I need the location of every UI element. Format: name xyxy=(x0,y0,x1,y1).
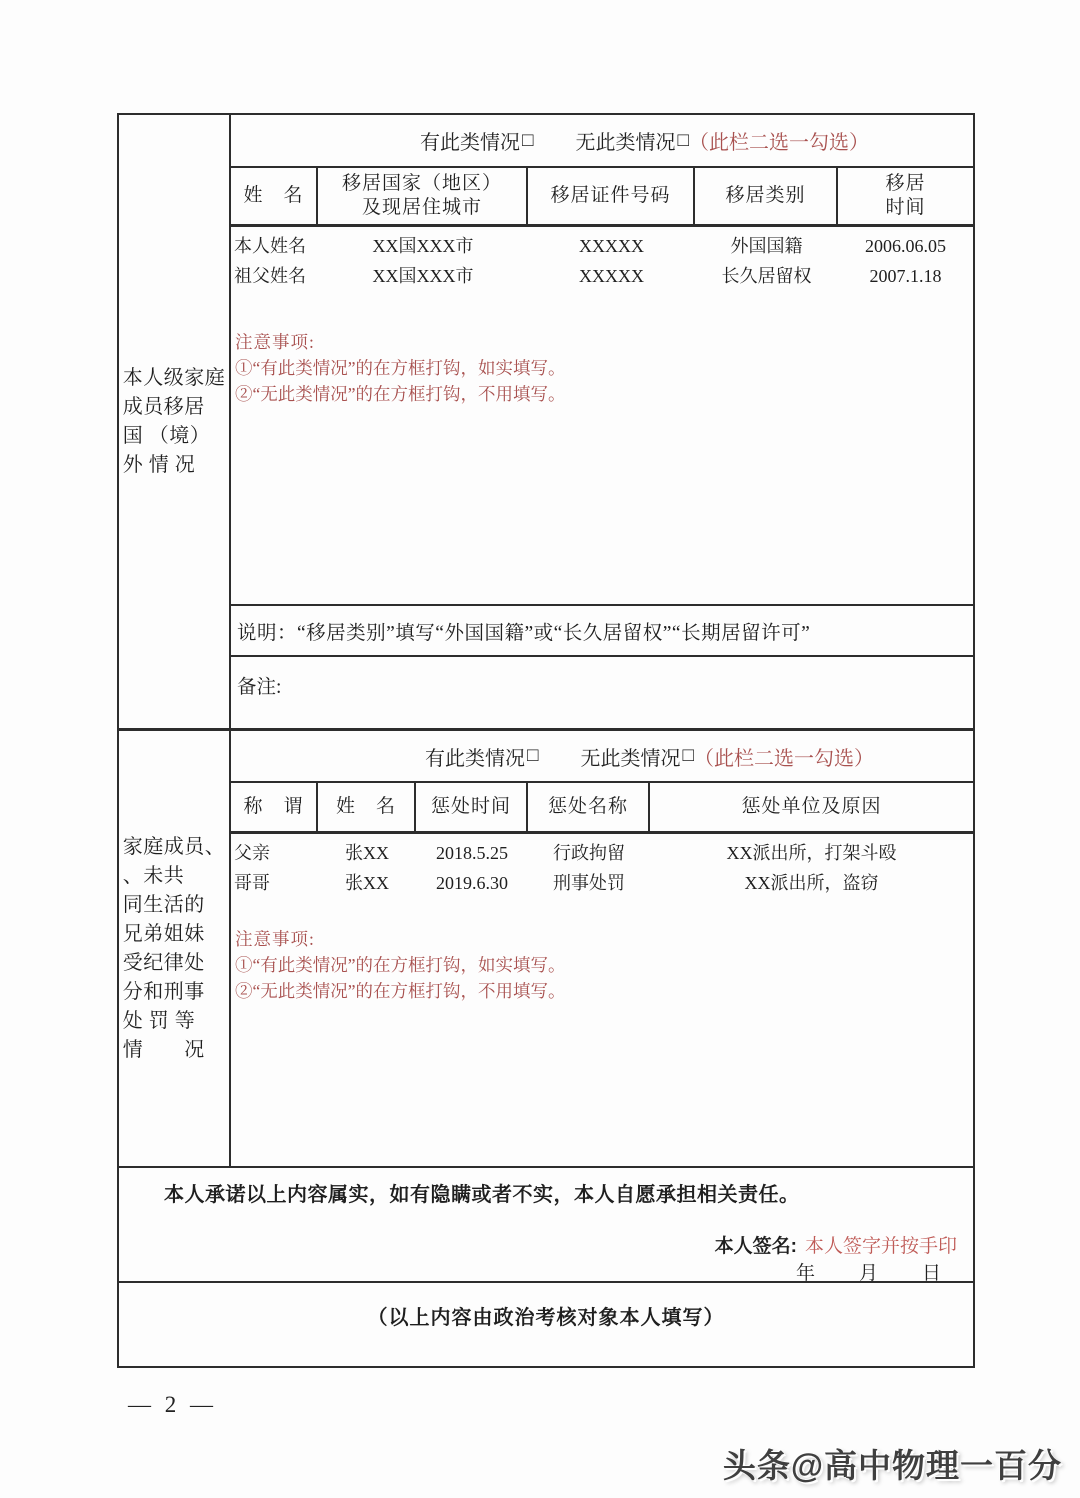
signature-hint[interactable]: 本人签字并按手印 xyxy=(797,1236,957,1257)
cell-type: 长久居留权 xyxy=(695,261,838,291)
explanation-text: 说明：“移居类别”填写“外国国籍”或“长久居留权”“长期居留许可” xyxy=(237,617,810,645)
punishment-table-header: 称 谓 姓 名 惩处时间 惩处名称 惩处单位及原因 xyxy=(231,783,973,834)
cell-type: 外国国籍 xyxy=(695,231,838,261)
section-punishment-side-cell: 家庭成员、 、未共 同生活的 兄弟姐妹 受纪律处 分和刑事 处 罚 等 情 况 xyxy=(119,731,231,1166)
emigration-table-header: 姓 名 移居国家（地区） 及现居住城市 移居证件号码 移居类别 移居 时间 xyxy=(231,168,973,227)
remarks-label: 备注: xyxy=(237,677,281,698)
notes-item-2: ②“无此类情况”的在方框打钩，不用填写。 xyxy=(235,381,973,407)
signature-label: 本人签名: xyxy=(715,1236,797,1257)
footer-note-row: （以上内容由政治考核对象本人填写） xyxy=(119,1283,973,1366)
date-line[interactable]: 年 月 日 xyxy=(119,1258,973,1285)
cell-punish-time: 2019.6.30 xyxy=(416,868,528,898)
footer-note-text: （以上内容由政治考核对象本人填写） xyxy=(368,1307,725,1329)
cell-name: 祖父姓名 xyxy=(231,261,318,291)
cell-doc-number: XXXXX xyxy=(528,261,695,291)
header-country-city: 移居国家（地区） 及现居住城市 xyxy=(318,168,528,224)
section-emigration-content: 有此类情况□无此类情况□（此栏二选一勾选） 姓 名 移居国家（地区） 及现居住城… xyxy=(231,115,973,728)
section-punishment-label: 家庭成员、 、未共 同生活的 兄弟姐妹 受纪律处 分和刑事 处 罚 等 情 况 xyxy=(123,833,226,1065)
emigration-notes: 注意事项: ①“有此类情况”的在方框打钩，如实填写。 ②“无此类情况”的在方框打… xyxy=(231,329,973,407)
commitment-statement: 本人承诺以上内容属实，如有隐瞒或者不实，本人自愿承担相关责任。 xyxy=(119,1178,973,1207)
table-row: 本人姓名 XX国XXX市 XXXXX 外国国籍 2006.06.05 xyxy=(231,231,973,261)
punishment-table-body: 父亲 张XX 2018.5.25 行政拘留 XX派出所，打架斗殴 哥哥 张XX … xyxy=(231,834,973,1166)
cell-doc-number: XXXXX xyxy=(528,231,695,261)
has-situation-label: 有此类情况 xyxy=(425,742,525,771)
notes-item-2: ②“无此类情况”的在方框打钩，不用填写。 xyxy=(235,978,973,1004)
no-situation-checkbox[interactable]: □ xyxy=(676,130,689,152)
cell-punish-name: 刑事处罚 xyxy=(528,868,650,898)
cell-punish-name: 行政拘留 xyxy=(528,838,650,868)
header-relation: 称 谓 xyxy=(231,783,318,831)
cell-relation: 哥哥 xyxy=(231,868,318,898)
cell-punish-time: 2018.5.25 xyxy=(416,838,528,868)
punishment-notes: 注意事项: ①“有此类情况”的在方框打钩，如实填写。 ②“无此类情况”的在方框打… xyxy=(231,926,973,1004)
banner-note-red: （此栏二选一勾选） xyxy=(689,126,869,155)
cell-time: 2006.06.05 xyxy=(838,231,973,261)
section-punishment-content: 有此类情况□无此类情况□（此栏二选一勾选） 称 谓 姓 名 惩处时间 惩处名称 … xyxy=(231,731,973,1166)
no-situation-checkbox[interactable]: □ xyxy=(681,745,694,767)
cell-name: 张XX xyxy=(318,868,416,898)
banner-note-red: （此栏二选一勾选） xyxy=(694,742,874,771)
header-type: 移居类别 xyxy=(695,168,838,224)
cell-time: 2007.1.18 xyxy=(838,261,973,291)
signature-line: 本人签名:本人签字并按手印 xyxy=(119,1231,973,1258)
section-emigration: 本人级家庭 成员移居 国 （境） 外 情 况 有此类情况□无此类情况□（此栏二选… xyxy=(119,115,973,731)
page-number: — 2 — xyxy=(128,1392,217,1418)
header-doc-number: 移居证件号码 xyxy=(528,168,695,224)
cell-punish-unit: XX派出所，打架斗殴 xyxy=(650,838,973,868)
table-row: 祖父姓名 XX国XXX市 XXXXX 长久居留权 2007.1.18 xyxy=(231,261,973,291)
no-situation-label: 无此类情况 xyxy=(576,126,676,155)
cell-name: 本人姓名 xyxy=(231,231,318,261)
section-emigration-label: 本人级家庭 成员移居 国 （境） 外 情 况 xyxy=(123,364,226,480)
section-emigration-side-cell: 本人级家庭 成员移居 国 （境） 外 情 况 xyxy=(119,115,231,728)
header-time: 移居 时间 xyxy=(838,168,973,224)
emigration-table-body: 本人姓名 XX国XXX市 XXXXX 外国国籍 2006.06.05 祖父姓名 … xyxy=(231,227,973,604)
cell-country: XX国XXX市 xyxy=(318,261,528,291)
notes-title: 注意事项: xyxy=(235,329,973,355)
has-situation-checkbox[interactable]: □ xyxy=(520,130,533,152)
watermark: 头条@高中物理一百分 xyxy=(723,1440,1062,1487)
commitment-row: 本人承诺以上内容属实，如有隐瞒或者不实，本人自愿承担相关责任。 本人签名:本人签… xyxy=(119,1168,973,1283)
has-situation-label: 有此类情况 xyxy=(420,126,520,155)
emigration-banner: 有此类情况□无此类情况□（此栏二选一勾选） xyxy=(231,115,973,168)
header-name: 姓 名 xyxy=(318,783,416,831)
table-row: 哥哥 张XX 2019.6.30 刑事处罚 XX派出所，盗窃 xyxy=(231,868,973,898)
header-punish-unit: 惩处单位及原因 xyxy=(650,783,973,831)
form-sheet: 本人级家庭 成员移居 国 （境） 外 情 况 有此类情况□无此类情况□（此栏二选… xyxy=(117,113,975,1368)
explanation-row: 说明：“移居类别”填写“外国国籍”或“长久居留权”“长期居留许可” xyxy=(231,604,973,655)
header-punish-name: 惩处名称 xyxy=(528,783,650,831)
table-row: 父亲 张XX 2018.5.25 行政拘留 XX派出所，打架斗殴 xyxy=(231,838,973,868)
section-punishment: 家庭成员、 、未共 同生活的 兄弟姐妹 受纪律处 分和刑事 处 罚 等 情 况 … xyxy=(119,731,973,1168)
cell-punish-unit: XX派出所，盗窃 xyxy=(650,868,973,898)
cell-name: 张XX xyxy=(318,838,416,868)
cell-relation: 父亲 xyxy=(231,838,318,868)
notes-title: 注意事项: xyxy=(235,926,973,952)
remarks-row: 备注: xyxy=(231,655,973,728)
no-situation-label: 无此类情况 xyxy=(581,742,681,771)
header-punish-time: 惩处时间 xyxy=(416,783,528,831)
punishment-banner: 有此类情况□无此类情况□（此栏二选一勾选） xyxy=(231,731,973,783)
notes-item-1: ①“有此类情况”的在方框打钩，如实填写。 xyxy=(235,952,973,978)
cell-country: XX国XXX市 xyxy=(318,231,528,261)
notes-item-1: ①“有此类情况”的在方框打钩，如实填写。 xyxy=(235,355,973,381)
has-situation-checkbox[interactable]: □ xyxy=(525,745,538,767)
header-name: 姓 名 xyxy=(231,168,318,224)
